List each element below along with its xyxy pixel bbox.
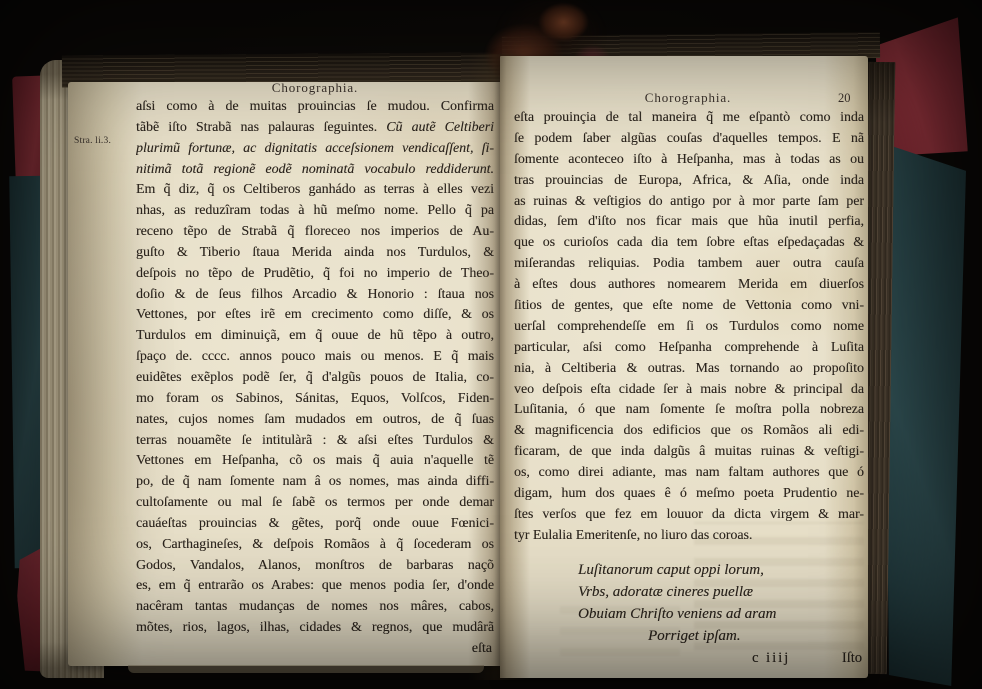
text-line: miſerandas reliquias. Podia tambem auer … (514, 254, 864, 275)
text-line: receno tẽpo de Strabã q̃ floreceo nos im… (136, 222, 494, 243)
text-line: nates, cujos nomes ſam mudados em outros… (136, 410, 494, 431)
text-line: Vrbs, adoratæ cineres puellæ (548, 581, 864, 603)
text-line: nacêram tantas mudanças de nomes nos mâr… (136, 597, 494, 618)
left-running-title: Chorographia. (136, 80, 494, 96)
text-line: aſsi como à de muitas prouincias ſe mudo… (136, 97, 494, 118)
text-line: nitimã totã regionẽ eodẽ nominatã vocabu… (136, 160, 494, 181)
latin-verse: Luſitanorum caput oppi lorum,Vrbs, adora… (548, 559, 864, 647)
text-line: Em q̃ diz, q̃ os Celtiberos ganhádo as t… (136, 180, 494, 201)
text-line: Turdulos em diminuiçã, em q̃ ouue de hũ … (136, 326, 494, 347)
text-line: guſto & Tiberio ſtaua Merida ainda nos T… (136, 243, 494, 264)
text-line: particular, aſsi como Heſpanha comprehen… (514, 338, 864, 359)
text-line: mõtes, rios, lagos, ilhas, cidades & reg… (136, 618, 494, 639)
text-line: doſio & de ſeus filhos Arcadio & Honorio… (136, 285, 494, 306)
text-line: Vettones, por eſtes irẽ em crecimento co… (136, 305, 494, 326)
text-line: & magnificencia dos edificios que os Rom… (514, 421, 864, 442)
catchword-left: eſta (136, 641, 492, 657)
left-page-text: aſsi como à de muitas prouincias ſe mudo… (136, 97, 494, 639)
text-line: uerſal comprehendeſſe em ſi os Turdulos … (514, 317, 864, 338)
text-line: digam, hum dos quaes ê ó meſmo poeta Pru… (514, 484, 864, 505)
signature-mark: c iiij (752, 650, 790, 667)
text-line: Godos, Vandalos, Alanos, monſtros de bar… (136, 556, 494, 577)
text-line: as ruinas & veſtigios do antigo por à mo… (514, 192, 864, 213)
text-line: terras nouamẽte ſe intitulàrã : & aſsi e… (136, 431, 494, 452)
page-bottom-edge (128, 665, 484, 673)
text-line: tãbẽ iſto Strabã nas palauras ſeguintes.… (136, 118, 494, 139)
text-line: mo foram os Sabinos, Sánitas, Equos, Vol… (136, 389, 494, 410)
catchword-right: Iſto (842, 650, 862, 667)
text-line: deſpois no tẽpo de Prudẽtio, q̃ foi no i… (136, 264, 494, 285)
text-line: Obuiam Chriſto veniens ad aram (548, 603, 864, 625)
text-line: nhas, as reduzîram todas à hũ meſmo nome… (136, 201, 494, 222)
text-line: Porriget ipſam. (548, 625, 864, 647)
text-line: ficaram, de que inda dalgũs â muitas rui… (514, 442, 864, 463)
text-line: ſe podem ſaber algũas couſas d'aquelles … (514, 129, 864, 150)
right-page-text: eſta prouinçia de tal maneira q̃ me eſpa… (514, 108, 864, 547)
text-line: os, como direi adiante, mas nam faltam a… (514, 463, 864, 484)
text-line: cauáeſtas prouincias & gẽtes, porq̃ onde… (136, 514, 494, 535)
text-line: eſta prouinçia de tal maneira q̃ me eſpa… (514, 108, 864, 129)
signature-line: c iiij Iſto (514, 650, 864, 672)
text-line: veo deſpois eſta cidade ſer à mais nobre… (514, 380, 864, 401)
book-scan: Chorographia. Stra. li.3. aſsi como à de… (0, 0, 982, 689)
text-line: Luſitanorum caput oppi lorum, (548, 559, 864, 581)
folio-number: 20 (838, 91, 851, 106)
text-line: ſitios de gentes, que eſte nome de Vetto… (514, 296, 864, 317)
text-line: os, Carthagineſes, & deſpois Romãos à q̃… (136, 535, 494, 556)
text-line: es, em q̃ entrarão os Arabes: que menos … (136, 576, 494, 597)
text-line: tyr Eulalia Emeritenſe, no liuro das cor… (514, 526, 864, 547)
text-line: didas, ſem d'iſto nos ficar mais que hũa… (514, 212, 864, 233)
text-line: Vettones em Heſpanha, cõ os mais q̃ auia… (136, 451, 494, 472)
text-line: que os curioſos cada dia tem ſobre eſtas… (514, 233, 864, 254)
text-line: ſpaço de. cccc. annos pouco mais ou meno… (136, 347, 494, 368)
right-running-title: Chorographia. (512, 90, 864, 106)
margin-citation: Stra. li.3. (74, 136, 132, 146)
text-line: tras prouincias de Europa, Africa, & Aſi… (514, 171, 864, 192)
text-line: euidẽtes exẽplos podẽ ſer, q̃ d'algũs po… (136, 368, 494, 389)
text-line: nia, à Celtiberia & outras. Mas tornando… (514, 359, 864, 380)
text-line: à eſtes dous authores nomearem Merida em… (514, 275, 864, 296)
text-line: cultoſamente ou mal ſe ſabẽ os termos pe… (136, 493, 494, 514)
text-line: plurimũ fortunæ, ac dignitatis acceſsion… (136, 139, 494, 160)
right-cover-teal-cloth (884, 138, 966, 686)
text-line: ſomente aconteceo iſto à Heſpanha, mas à… (514, 150, 864, 171)
text-line: ſtes verſos que fez em louuor da dicta v… (514, 505, 864, 526)
text-line: po, de q̃ nam ſomente nam â os nomes, ma… (136, 472, 494, 493)
text-line: Luſitania, ó que nam ſomente ſe moſtra p… (514, 400, 864, 421)
